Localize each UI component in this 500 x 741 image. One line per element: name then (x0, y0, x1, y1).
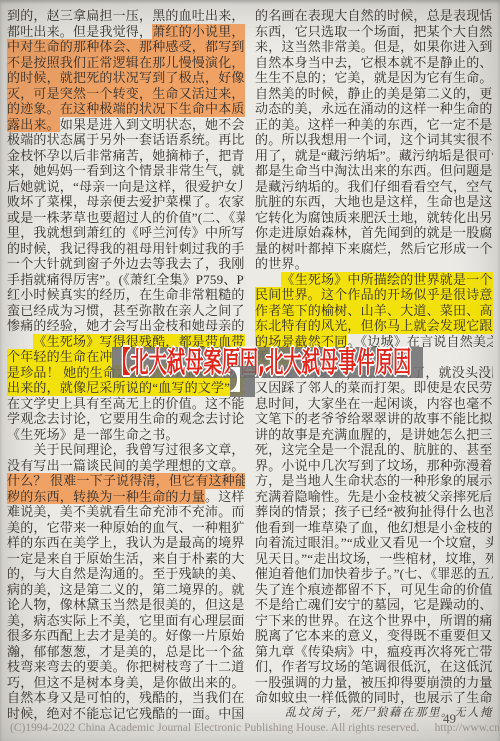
text-segment: 宁下来的世界。在这个世界中，所谓的痛苦和忧愁已经 (255, 613, 493, 629)
text-segment: 里，我就想到萧红的《呼兰河传》中所写到的“在我三岁 (7, 225, 245, 241)
text-line: 难说美，美不美就看生命充沛不充沛。而生命充沛总是 (7, 504, 245, 520)
text-line: 《生死场》是一部生命之书。 (7, 427, 245, 443)
text-segment: 时候，绝对不能忘记它残酷的一面。 (7, 706, 218, 722)
text-line: 后她就说，“母亲一向是这样，很爱护女儿，可是当女儿 (7, 179, 245, 195)
text-line: 方，是当地人生命状态的一种形象的展示，这个场景也 (255, 473, 493, 489)
text-segment: 病的美，这是第二义的，第二境界的。 (7, 582, 231, 598)
text-line: 的。所以我想用一个词，这个词其实很不好，我把它活 (255, 132, 493, 148)
text-line: 到的，赵三拿扁担一压，黑的血吐出来，就把毒的东西 (7, 8, 245, 24)
text-segment: 在这种极端的状况下生命中本质的东西才显 (60, 101, 245, 117)
text-line: 一定是来自于原始生活，来自于朴素的大地，是健康 (7, 551, 245, 567)
text-line: 的迹象。在这种极端的状况下生命中本质的东西才显 (7, 101, 245, 117)
text-line: 学观念去讨论，它要用生命的观念去讨论。所以，这部 (7, 411, 245, 427)
text-segment: 脱离了它本来的意义，变得既不重要但又深入骨髓。在 (255, 628, 493, 644)
text-segment: 秽的东西，转换为一种生命的力量 (7, 489, 205, 505)
text-segment: 它转化为腐蚀质来肥沃土地，就转化出另外一种生命。 (255, 210, 493, 226)
text-segment: 的时候，就把死的状况写到了极点，好像生命已经死 (7, 70, 245, 86)
text-segment: 正的美。这样一种美的东西，它一定不是纯净的、纯粹 (255, 117, 493, 133)
text-line: 的世界。 (255, 256, 493, 272)
text-line: 自然美的时候，静止的美是第二义的，更高的美是一种 (255, 86, 493, 102)
text-line: 宁下来的世界。在这个世界中，所谓的痛苦和忧愁已经 (255, 613, 493, 629)
text-segment: 来，她妈妈一看到这个情景非常生气，就用脚踢她，然 (7, 163, 245, 179)
text-line: 瀚，郁郁葱葱，才是美的，总是比一个盆景，一棵松树树 (7, 644, 245, 660)
text-line: 手指就痛得厉害”。(《萧红全集》P759、P760) 估计这是萧 (7, 272, 245, 288)
text-segment: 出来的，就像尼采所说的“血写的文学”。 (7, 380, 243, 396)
text-segment: 不是按照我们正常逻辑在那儿慢慢演化，她写到人死 (7, 55, 245, 71)
text-segment: 自然美的时候，静止的美是第二义的，更高的美是一种 (255, 86, 493, 102)
text-line: 或是一株茅草也要超过人的价值”(二、《菜圃》)。看到这 (7, 210, 245, 226)
text-segment: 巧，但这不是树本身美，是你做出来的。 (7, 675, 245, 691)
text-line: 《生死场》中所描绘的世界就是一个“藏污纳垢”的 (255, 272, 493, 288)
text-segment: 第九章《传染病》中，瘟疫再次将死亡带给了这里的人 (255, 644, 493, 660)
text-segment: 的，与大自然是沟通的。至于残缺的美、病态的美、生肺 (7, 566, 245, 582)
text-line: 红小时候真实的经历，在生命非常粗糙的环境当中，野 (7, 287, 245, 303)
text-segment: 一个大针就到窗子外边去等我去了，我刚一伸出手去， (7, 256, 245, 272)
text-segment: 来，这当然非常美。但是，如果你进入到生活场里，到大 (255, 39, 493, 55)
text-line: 又因踩了邻人的菜而打架。即使是农民劳动之后的休 (255, 380, 493, 396)
text-segment: 美，病态实际上不美，它里面有心理层面，有感情层面， (7, 613, 245, 629)
text-line: 息时间，大家坐在一起闲谈，内容也毫不温馨，与沈从 (255, 396, 493, 412)
text-line: 死，这完全是一个混乱的、肮脏的、甚至令人恐怖的世 (255, 442, 493, 458)
text-line: 第九章《传染病》中，瘟疫再次将死亡带给了这里的人 (255, 644, 493, 660)
text-segment: 瀚，郁郁葱葱，才是美的，总是比一个盆景，一棵松树树 (7, 644, 245, 660)
text-line: 脱离了它本来的意义，变得既不重要但又深入骨髓。在 (255, 628, 493, 644)
text-line: 动态的美，永远在涌动的这样一种生命的东西才是真 (255, 101, 493, 117)
text-segment: 失了连个痕迹都留不下，可见生命的价值和分量。这里 (255, 582, 493, 598)
text-segment: 没有写出一篇谈民间的美学理想的文章。 (7, 458, 245, 474)
text-segment: 中对生命的那种体会、那种感受，都写到了极致。生命 (7, 39, 245, 55)
text-line: 美，病态实际上不美，它里面有心理层面，有感情层面， (7, 613, 245, 629)
watermark-overlay-row2: 】 (230, 366, 255, 397)
text-segment: 界。小说中几次写到了坟场，那种弥漫着死亡气息的地 (255, 458, 493, 474)
text-segment: 东西，它只选取一个场面，把某个大自然的景象定格下 (255, 24, 493, 40)
text-segment: 枝弯来弯去的要美。你把树枝弯了十二道弯，手工很 (7, 659, 245, 675)
text-line: 来，她妈妈一看到这个情景非常生气，就用脚踢她，然 (7, 163, 245, 179)
text-line: 极端的状态属于另外一套话语系统。再比如里面写到 (7, 132, 245, 148)
text-line: 的名画在表现大自然的时候，总是表现恬静的静止的 (255, 8, 493, 24)
text-line: 什么？ 很难一下子说得清，但它有这种能力，把一切污 (7, 473, 245, 489)
text-line: 论人物，像林黛玉当然是很美的，但这是一种病态的 (7, 597, 245, 613)
text-line: 作者笔下的榆树、山羊、大道、菜田、高粱地、农夫，这是 (255, 303, 493, 319)
text-line: 的，与大自然是沟通的。至于残缺的美、病态的美、生肺 (7, 566, 245, 582)
text-segment: 充满着隐喻性。 (255, 489, 347, 505)
text-segment: 的世界。 (255, 256, 308, 272)
text-line: 关于民间理论，我曾写过很多文章，但是，我一直 (7, 442, 245, 458)
text-segment: 先是小金枝被父亲摔死后，所展现的乱 (347, 489, 493, 505)
text-line: 露出来。如果是进入到文明状态，她不会这样写，这种 (7, 117, 245, 133)
text-segment: 肮脏的东西，大地也是这样，生命也是这样。死的东西， (255, 194, 493, 210)
text-line: 很多东西配上去才是美的。好像一片原始森林浩浩瀚 (7, 628, 245, 644)
text-line: 一股强调的力量，被压抑得要崩溃的力量，它在展示生 (255, 675, 493, 691)
text-segment: 不是给亡魂们安宁的墓园，它是躁动的、永远也无法安 (255, 597, 493, 613)
text-line: 没有写出一篇谈民间的美学理想的文章。民间的美是 (7, 458, 245, 474)
text-segment: 《生死场》是一部生命之书。 (7, 427, 179, 443)
text-line: 催迫着他们加快着步子。”(七、《罪恶的五月节》)生命消 (255, 566, 493, 582)
text-line: 们，作者写坟场的笔调很低沉，在这低沉的调子背后是 (255, 659, 493, 675)
text-segment: 败坏了菜棵，母亲便去爱护菜棵了。农家无论是菜棵， (7, 194, 245, 210)
text-segment: 蛮已经成为习惯，甚至弥散在亲人之间了。萧红有这种 (7, 303, 245, 319)
text-segment: 见天日。”“走出坟场，一些棺材，坟堆，死寂死寂的印象 (255, 551, 493, 567)
text-line: 病的美，这是第二义的，第二境界的。就好像我们在讨 (7, 582, 245, 598)
text-segment: 学观念去讨论，它要用生命的观念去讨论。所以，这部 (7, 411, 245, 427)
text-segment: 死，这完全是一个混乱的、肮脏的、甚至令人恐怖的世 (255, 442, 493, 458)
text-line: 生生不息的；它美，就是因为它有生命。当我们在讨论 (255, 70, 493, 86)
text-segment: 即使是农民劳动之后的休 (413, 380, 493, 396)
text-line: 都是生命当中淘汰出来的东西。但问题是，大自然一定 (255, 163, 493, 179)
text-line: 秽的东西，转换为一种生命的力量。这样一种东西，很 (7, 489, 245, 505)
text-line: 东北特有的风光，但你马上就会发现它跟沈从文笔下 (255, 318, 493, 334)
text-segment: 一股强调的力量，被压抑得要崩溃的力量，它在展示生 (255, 675, 493, 691)
text-segment: 论人物，像林黛玉当然是很美的，但这是一种病态的 (7, 597, 245, 613)
text-segment: 露出来。 (7, 117, 60, 133)
text-segment: 文笔下的老爷爷给翠翠讲的故事不能比拟。 (255, 411, 493, 427)
text-segment: 生生不息的；它美，就是因为它有生命。 (255, 70, 493, 86)
text-segment: 的。所以我想用一个词，这个词其实很不好，我把它活 (255, 132, 493, 148)
text-line: 灭，可是突然一个转变，生命又活过来，爆发出一个新 (7, 86, 245, 102)
text-line: 乱坟岗子，死尸狼藉在那里。无人掩埋，野狗 (255, 706, 493, 722)
text-line: 正的美。这样一种美的东西，它一定不是纯净的、纯粹 (255, 117, 493, 133)
text-line: 里，我就想到萧红的《呼兰河传》中所写到的“在我三岁 (7, 225, 245, 241)
text-segment: 就好像我们在讨 (231, 582, 245, 598)
text-line: 巧，但这不是树本身美，是你做出来的。但是另一方面， (7, 675, 245, 691)
text-segment: 到的，赵三拿扁担一压，黑的血吐出来，就把毒的东西 (7, 8, 245, 24)
text-segment: 量的树叶都掉下来腐烂，然后它形成一个新的有生命 (255, 241, 493, 257)
text-segment: 如果是进入到文明状态，她不会这样写，这种 (60, 117, 245, 133)
text-line: 不是按照我们正常逻辑在那儿慢慢演化，她写到人死 (7, 55, 245, 71)
text-line: 向着流过眼泪。”“成业又看见一个坟窟，头骨在那里重 (255, 535, 493, 551)
text-line: 在文学史上具有至高无上的价值。这不能用一般的美 (7, 396, 245, 412)
text-segment: 催迫着他们加快着步子。”(七、《罪恶的五月节》)生命消 (255, 566, 493, 582)
text-line: 肮脏的东西，大地也是这样，生命也是这样。死的东西， (255, 194, 493, 210)
text-line: 的时候，就把死的状况写到了极点，好像生命已经死 (7, 70, 245, 86)
text-line: 中对生命的那种体会、那种感受，都写到了极致。生命 (7, 39, 245, 55)
text-segment: 又因踩了邻人的菜而打架。 (255, 380, 413, 396)
text-segment: 《生死场》中所描绘的世界就是一个“藏污纳垢”的 (281, 272, 493, 288)
text-segment: 都是生命当中淘汰出来的东西。但问题是，大自然一定 (255, 163, 493, 179)
text-line: 他看到一堆草染了血，他幻想是小金枝的草吧！ 他俩背 (255, 520, 493, 536)
text-segment: 手指就痛得厉害”。(《萧红全集》P759、P760) 估计这是萧 (7, 272, 245, 288)
text-segment: 自然本身又是可怕的，残酷的，当我们在讨论这个美的 (7, 690, 245, 706)
text-segment: 讲的故事是充满血腥的，是讲她怎么把三岁的孩子摔 (255, 427, 493, 443)
text-line: 样的东西在美学上，我认为是最高的境界。第一义的美 (7, 535, 245, 551)
text-segment: 葬岗的情景；孩子已经“被狗扯得什么也没有”，“成业 (255, 504, 493, 520)
text-segment: 作者笔下的榆树、山羊、大道、菜田、高粱地、农夫，这是 (255, 303, 493, 319)
text-line: 时候，绝对不能忘记它残酷的一面。中国的古诗、西方 (7, 706, 245, 722)
text-line: 东西，它只选取一个场面，把某个大自然的景象定格下 (255, 24, 493, 40)
text-segment: 金枝怀孕以后非常痛苦，她摘柿子，把青色的柿子摘下 (7, 148, 245, 164)
text-line: 用了，就是“藏污纳垢”。藏污纳垢是很可怕的，污和垢 (255, 148, 493, 164)
text-line: 文笔下的老爷爷给翠翠讲的故事不能比拟。这里王婆 (255, 411, 493, 427)
text-line: 它转化为腐蚀质来肥沃土地，就转化出另外一种生命。 (255, 210, 493, 226)
text-segment: 他看到一堆草染了血，他幻想是小金枝的草吧！ 他俩背 (255, 520, 493, 536)
watermark-text-line1: 【北大弑母案原因,北大弑母事件原因 (112, 347, 411, 378)
text-line: 的时候，我记得我的祖母用针刺过我的手指”，“她拿了 (7, 241, 245, 257)
text-segment: 红小时候真实的经历，在生命非常粗糙的环境当中，野 (7, 287, 245, 303)
text-segment: 都吐出来。但是我觉得， (7, 24, 152, 40)
text-segment: 你走进原始森林，首先闻到的就是一股腐烂的味道，大 (255, 225, 493, 241)
text-segment: 用了，就是“藏污纳垢”。藏污纳垢是很可怕的，污和垢 (255, 148, 493, 164)
text-segment: 很多东西配上去才是美的。好像一片原始森林浩浩瀚 (7, 628, 245, 644)
text-segment: 惨痛的经验，她才会写出金枝和她母亲的这种关系。 (7, 318, 245, 334)
text-line: 讲的故事是充满血腥的，是讲她怎么把三岁的孩子摔 (255, 427, 493, 443)
copyright-text: (C)1994-2022 China Academic Journal Elec… (10, 722, 419, 741)
text-segment: 自然本身当中去，它根本就不是静止的、定格的，它是 (255, 55, 493, 71)
footer: (C)1994-2022 China Academic Journal Elec… (0, 722, 500, 741)
text-segment: 个年轻的生命在冲 (7, 349, 113, 365)
text-line: 一个大针就到窗子外边去等我去了，我刚一伸出手去， (7, 256, 245, 272)
text-line: 败坏了菜棵，母亲便去爱护菜棵了。农家无论是菜棵， (7, 194, 245, 210)
text-line: 充满着隐喻性。先是小金枝被父亲摔死后，所展现的乱 (255, 489, 493, 505)
text-segment: 的时候，我记得我的祖母用针刺过我的手指”，“她拿了 (7, 241, 245, 257)
text-line: 美的，它带来一种原始的血气、一种粗犷、一种力量，这 (7, 520, 245, 536)
text-segment: 萧红的小说里，好多这类场景 (152, 24, 245, 40)
text-segment: 们，作者写坟场的笔调很低沉，在这低沉的调子背后是 (255, 659, 493, 675)
text-segment (255, 272, 281, 288)
text-segment: 一定是来自于原始生活，来自于朴素的大地，是健康 (7, 551, 245, 567)
text-line: 民间世界。这个作品的开场似乎是很诗意的田园图景。 (255, 287, 493, 303)
text-segment: 样的东西在美学上，我认为是最高的境界。 (7, 535, 245, 551)
text-segment: 乱坟岗子，死尸狼藉在那里。无人掩埋，野狗 (285, 706, 493, 722)
text-segment: 方，是当地人生命状态的一种形象的展示，这个场景也 (255, 473, 493, 489)
text-segment: 在文学史上具有至高无上的价值。这不能用一般的美 (7, 396, 245, 412)
text-segment: 民间世界。这个作品的开场似乎是很诗意的田园图景。 (255, 287, 493, 303)
text-segment: 后她就说，“母亲一向是这样，很爱护女儿，可是当女儿 (7, 179, 245, 195)
text-segment: 向着流过眼泪。”“成业又看见一个坟窟，头骨在那里重 (255, 535, 493, 551)
text-segment: 动态的美，永远在涌动的这样一种生命的东西才是真 (255, 101, 493, 117)
text-line: 来，这当然非常美。但是，如果你进入到生活场里，到大 (255, 39, 493, 55)
text-segment: 极端的状态属于另外一套话语系统。再比如里面写到 (7, 132, 245, 148)
text-segment: 美的，它带来一种原始的血气、一种粗犷、一种力量，这 (7, 520, 245, 536)
text-segment: 或是一株茅草也要超过人的价值”(二、《菜圃》)。看到这 (7, 210, 245, 226)
text-segment: 的名画在表现大自然的时候，总是表现恬静的静止的 (255, 8, 493, 24)
text-line: 见天日。”“走出坟场，一些棺材，坟堆，死寂死寂的印象 (255, 551, 493, 567)
text-segment: 的迹象。 (7, 101, 60, 117)
text-line: 枝弯来弯去的要美。你把树枝弯了十二道弯，手工很 (7, 659, 245, 675)
text-line: 自然本身当中去，它根本就不是静止的、定格的，它是 (255, 55, 493, 71)
text-line: 出来的，就像尼采所说的“血写的文学”。这样的作品， (7, 380, 245, 396)
text-segment (7, 334, 33, 350)
text-segment: 灭，可是突然一个转变，生命又活过来，爆发出一个新 (7, 86, 245, 102)
footer-url: http://www.cn (435, 722, 500, 741)
text-segment: 命如蚊虫一样低微的同时，也展示了生命的韧性： (255, 690, 493, 706)
text-line: 是藏污纳垢的。我们仔细看看空气，空气里都是细菌、 (255, 179, 493, 195)
text-line: 命如蚊虫一样低微的同时，也展示了生命的韧性： (255, 690, 493, 706)
text-line: 蛮已经成为习惯，甚至弥散在亲人之间了。萧红有这种 (7, 303, 245, 319)
text-segment: 中国的古诗、西方 (218, 706, 245, 722)
text-line: 惨痛的经验，她才会写出金枝和她母亲的这种关系。 (7, 318, 245, 334)
text-line: 不是给亡魂们安宁的墓园，它是躁动的、永远也无法安 (255, 597, 493, 613)
text-line: 量的树叶都掉下来腐烂，然后它形成一个新的有生命 (255, 241, 493, 257)
text-segment: 什么？ 很难一下子说得清，但它有这种能力，把一切污 (7, 473, 245, 489)
text-line: 葬岗的情景；孩子已经“被狗扯得什么也没有”，“成业 (255, 504, 493, 520)
text-line: 你走进原始森林，首先闻到的就是一股腐烂的味道，大 (255, 225, 493, 241)
text-segment: 是藏污纳垢的。我们仔细看看空气，空气里都是细菌、 (255, 179, 493, 195)
text-line: 自然本身又是可怕的，残酷的，当我们在讨论这个美的 (7, 690, 245, 706)
text-line: 失了连个痕迹都留不下，可见生命的价值和分量。这里 (255, 582, 493, 598)
text-line: 都吐出来。但是我觉得，萧红的小说里，好多这类场景 (7, 24, 245, 40)
text-segment: 关于民间理论，我曾写过很多文章，但是，我一直 (7, 442, 245, 458)
text-line: 金枝怀孕以后非常痛苦，她摘柿子，把青色的柿子摘下 (7, 148, 245, 164)
text-segment: 难说美，美不美就看生命充沛不充沛。而生命充沛总是 (7, 504, 245, 520)
text-line: 界。小说中几次写到了坟场，那种弥漫着死亡气息的地 (255, 458, 493, 474)
text-segment: 息时间，大家坐在一起闲谈，内容也毫不温馨，与沈从 (255, 396, 493, 412)
text-segment: 东北特有的风光，但你马上就会发现它跟沈从文笔下 (255, 318, 493, 334)
watermark-overlay-row1: 【北大弑母案原因,北大弑母事件原因 (112, 347, 423, 378)
text-segment: 。这样一种东西，很 (205, 489, 245, 505)
